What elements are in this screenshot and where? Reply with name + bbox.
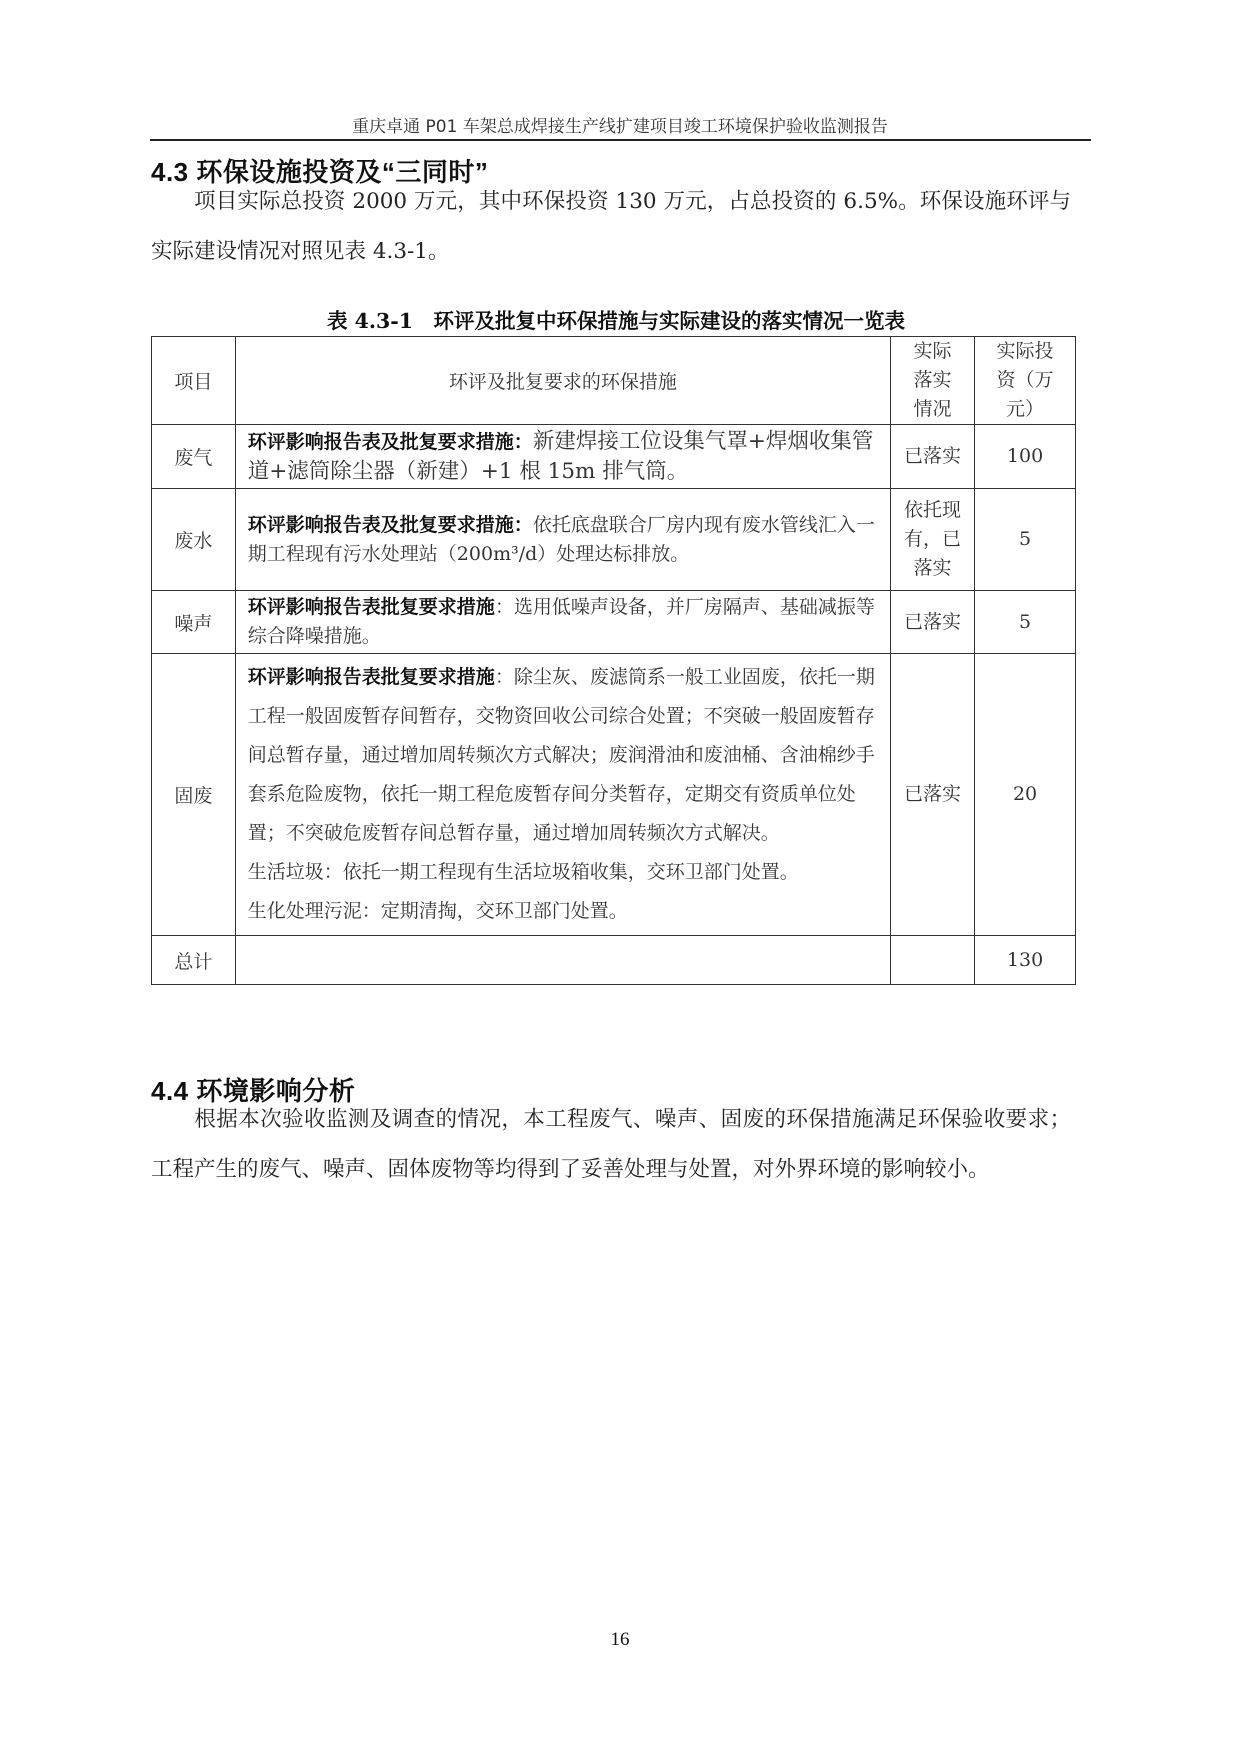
table-caption: 表 4.3-1 环评及批复中环保措施与实际建设的落实情况一览表: [151, 304, 1081, 334]
table-header-row: 项目 环评及批复要求的环保措施 实际 落实 情况 实际投 资（万 元）: [152, 337, 1076, 425]
running-header: 重庆卓通 P01 车架总成焊接生产线扩建项目竣工环境保护验收监测报告: [150, 112, 1090, 137]
row-item: 噪声: [152, 591, 236, 654]
header-investment-line: 实际投: [975, 337, 1075, 366]
table-row: 固废 环评影响报告表批复要求措施：除尘灰、废滤筒系一般工业固废，依托一期工程一般…: [152, 654, 1076, 936]
total-measures: [235, 936, 890, 985]
row-measures: 环评影响报告表批复要求措施：除尘灰、废滤筒系一般工业固废，依托一期工程一般固废暂…: [235, 654, 890, 936]
row-status: 依托现有，已落实: [890, 489, 974, 591]
measure-text: ：除尘灰、废滤筒系一般工业固废，依托一期工程一般固废暂存间暂存，交物资回收公司综…: [248, 666, 875, 844]
page-number: 16: [0, 1629, 1240, 1651]
header-investment-line: 资（万: [975, 366, 1075, 395]
header-status-line: 情况: [891, 395, 974, 424]
total-investment: 130: [975, 936, 1076, 985]
header-status-line: 实际: [891, 337, 974, 366]
row-item: 废水: [152, 489, 236, 591]
status-text: 已落实: [891, 608, 974, 637]
section-4-3-text: 项目实际总投资 2000 万元，其中环保投资 130 万元，占总投资的 6.5%…: [151, 189, 1071, 264]
row-status: 已落实: [890, 425, 974, 489]
section-4-4-text: 根据本次验收监测及调查的情况，本工程废气、噪声、固废的环保措施满足环保验收要求；…: [151, 1107, 1071, 1182]
measure-extra-domestic-waste: 生活垃圾：依托一期工程现有生活垃圾箱收集，交环卫部门处置。: [248, 853, 882, 892]
measure-main: 环评影响报告表批复要求措施：除尘灰、废滤筒系一般工业固废，依托一期工程一般固废暂…: [248, 658, 882, 853]
row-investment: 100: [975, 425, 1076, 489]
measure-label: 环评影响报告表批复要求措施: [248, 596, 495, 618]
status-text: 依托现有，已落实: [891, 496, 974, 583]
section-4-3-paragraph: 项目实际总投资 2000 万元，其中环保投资 130 万元，占总投资的 6.5%…: [151, 177, 1071, 277]
measure-label: 环评影响报告表批复要求措施: [248, 666, 495, 688]
total-status: [890, 936, 974, 985]
row-item: 固废: [152, 654, 236, 936]
status-text: 已落实: [891, 442, 974, 471]
row-measures: 环评影响报告表及批复要求措施：新建焊接工位设集气罩+焊烟收集管道+滤筒除尘器（新…: [235, 425, 890, 489]
header-divider: [150, 139, 1091, 141]
header-measures: 环评及批复要求的环保措施: [235, 337, 890, 425]
table-total-row: 总计 130: [152, 936, 1076, 985]
header-item: 项目: [152, 337, 236, 425]
row-measures: 环评影响报告表批复要求措施：选用低噪声设备，并厂房隔声、基础减振等综合降噪措施。: [235, 591, 890, 654]
header-status-line: 落实: [891, 366, 974, 395]
header-investment: 实际投 资（万 元）: [975, 337, 1076, 425]
measure-extra-sludge: 生化处理污泥：定期清掏，交环卫部门处置。: [248, 892, 882, 931]
section-4-4-paragraph: 根据本次验收监测及调查的情况，本工程废气、噪声、固废的环保措施满足环保验收要求；…: [151, 1095, 1071, 1195]
header-investment-line: 元）: [975, 395, 1075, 424]
row-investment: 5: [975, 489, 1076, 591]
environmental-measures-table: 项目 环评及批复要求的环保措施 实际 落实 情况 实际投 资（万 元） 废气 环…: [151, 336, 1076, 985]
table-row: 噪声 环评影响报告表批复要求措施：选用低噪声设备，并厂房隔声、基础减振等综合降噪…: [152, 591, 1076, 654]
row-status: 已落实: [890, 591, 974, 654]
status-text: 已落实: [891, 780, 974, 809]
table-row: 废气 环评影响报告表及批复要求措施：新建焊接工位设集气罩+焊烟收集管道+滤筒除尘…: [152, 425, 1076, 489]
measure-label: 环评影响报告表及批复要求措施：: [248, 431, 533, 453]
table-row: 废水 环评影响报告表及批复要求措施：依托底盘联合厂房内现有废水管线汇入一期工程现…: [152, 489, 1076, 591]
total-label: 总计: [152, 936, 236, 985]
row-item: 废气: [152, 425, 236, 489]
row-status: 已落实: [890, 654, 974, 936]
row-measures: 环评影响报告表及批复要求措施：依托底盘联合厂房内现有废水管线汇入一期工程现有污水…: [235, 489, 890, 591]
row-investment: 5: [975, 591, 1076, 654]
row-investment: 20: [975, 654, 1076, 936]
header-status: 实际 落实 情况: [890, 337, 974, 425]
measure-label: 环评影响报告表及批复要求措施：: [248, 514, 533, 536]
